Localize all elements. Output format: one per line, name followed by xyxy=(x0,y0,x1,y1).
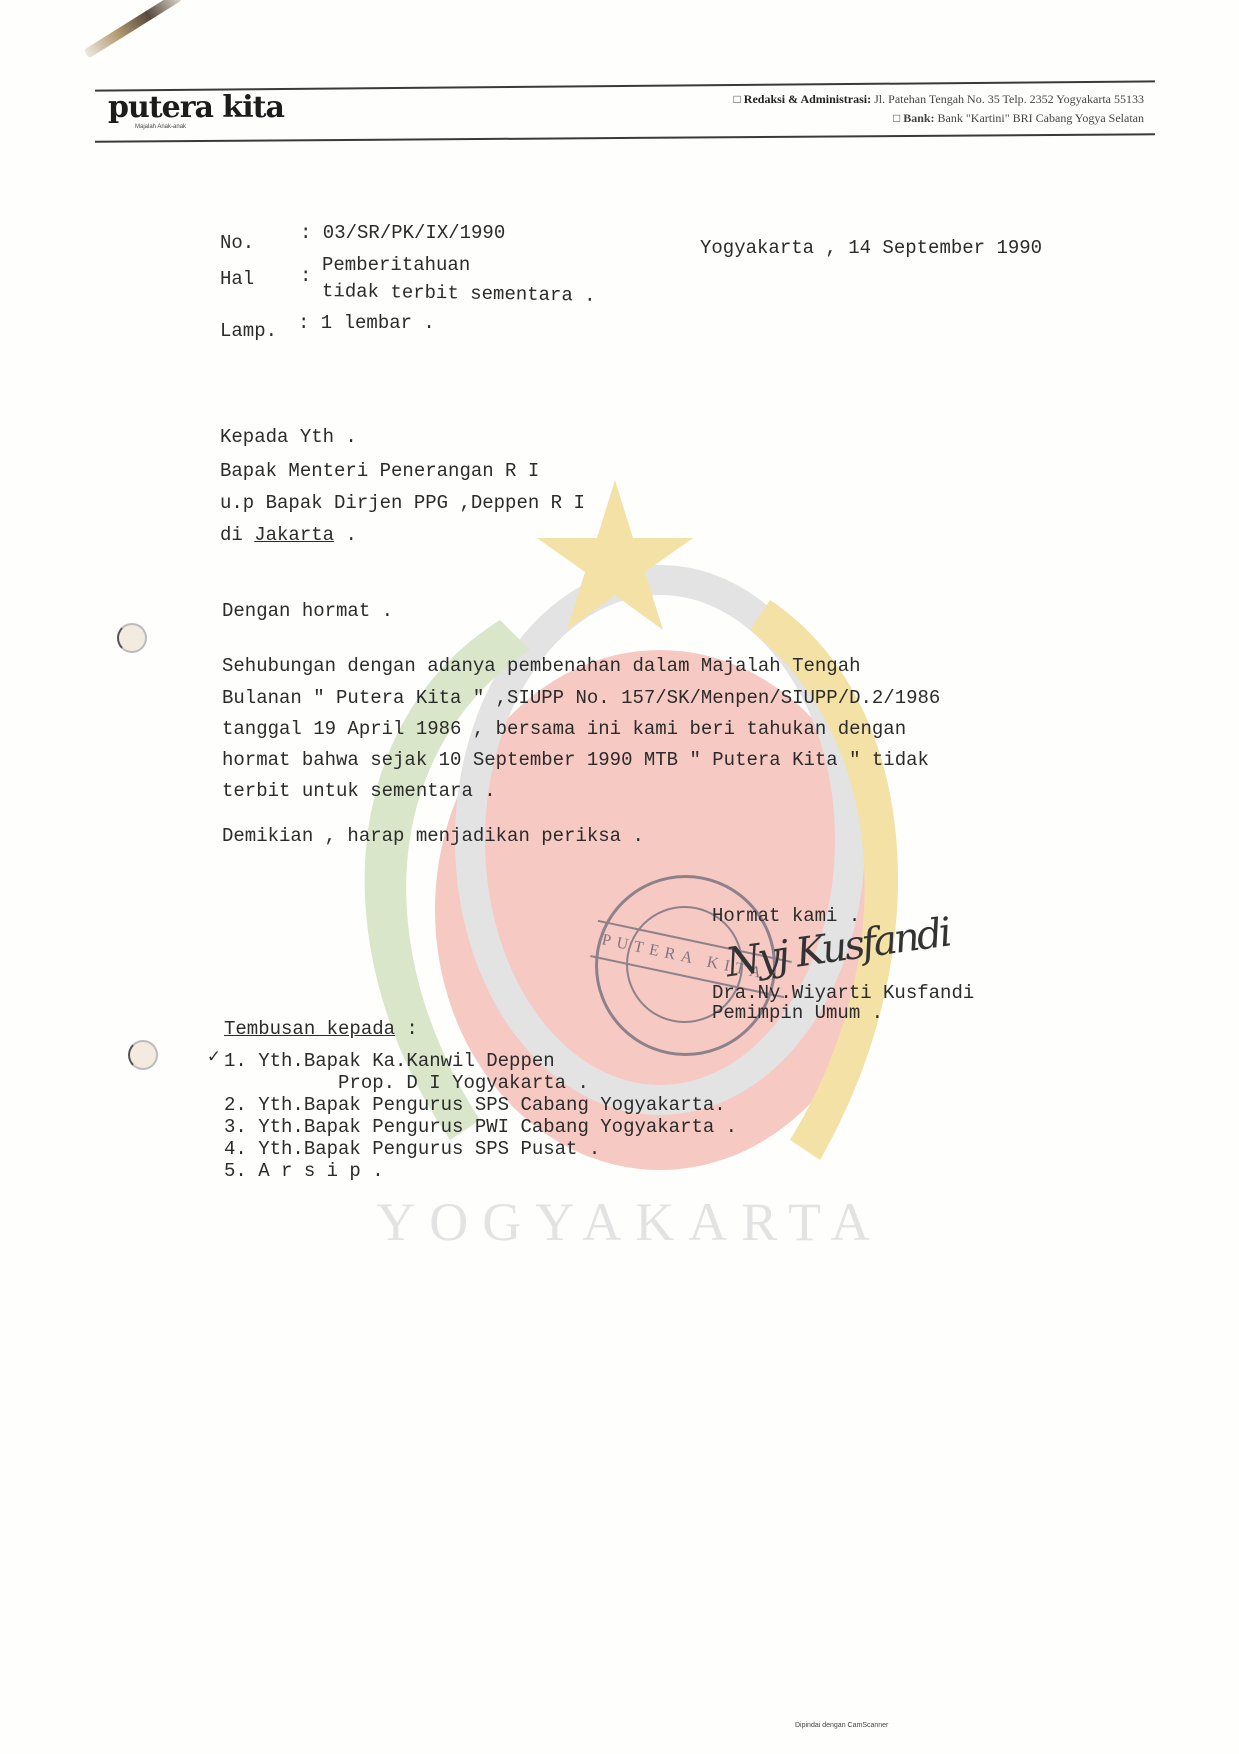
publication-logo: putera kita xyxy=(108,90,284,125)
cc-heading-text: Tembusan kepada xyxy=(224,1018,395,1040)
letterhead-bank: □ Bank: Bank "Kartini" BRI Cabang Yogya … xyxy=(893,111,1144,126)
scanner-watermark: Dipindai dengan CamScanner xyxy=(795,1722,888,1729)
place-date: Yogyakarta , 14 September 1990 xyxy=(700,237,1042,259)
cc-heading: Tembusan kepada : xyxy=(224,1018,418,1040)
number-value: : 03/SR/PK/IX/1990 xyxy=(300,222,505,244)
recipient-line-1: Kepada Yth . xyxy=(220,426,357,448)
punch-hole-icon xyxy=(128,1040,158,1070)
cc-item: 3. Yth.Bapak Pengurus PWI Cabang Yogyaka… xyxy=(224,1116,737,1138)
recipient-line-3: u.p Bapak Dirjen PPG ,Deppen R I xyxy=(220,492,585,514)
recipient-line-2: Bapak Menteri Penerangan R I xyxy=(220,460,539,482)
paragraph-line: hormat bahwa sejak 10 September 1990 MTB… xyxy=(222,749,929,771)
check-mark-icon: ✓ xyxy=(208,1045,219,1068)
signatory-title: Pemimpin Umum . xyxy=(712,1002,883,1024)
letterhead-bottom-rule xyxy=(95,133,1155,142)
cc-item: 4. Yth.Bapak Pengurus SPS Pusat . xyxy=(224,1138,600,1160)
bank-value: Bank "Kartini" BRI Cabang Yogya Selatan xyxy=(938,111,1144,125)
cc-item: 1. Yth.Bapak Ka.Kanwil Deppen xyxy=(224,1050,555,1072)
checkbox-icon: □ xyxy=(893,111,903,125)
salutation: Dengan hormat . xyxy=(222,600,393,622)
letterhead-address: □ Redaksi & Administrasi: Jl. Patehan Te… xyxy=(734,92,1144,107)
recipient-city: Jakarta xyxy=(254,524,334,546)
recipient-suffix: . xyxy=(334,524,357,546)
closing-line: Demikian , harap menjadikan periksa . xyxy=(222,825,644,847)
recipient-line-4: di Jakarta . xyxy=(220,524,357,546)
recipient-prefix: di xyxy=(220,524,254,546)
bank-label: Bank: xyxy=(903,111,934,125)
attachment-value: : 1 lembar . xyxy=(298,312,435,334)
subject-label: Hal xyxy=(220,268,254,290)
svg-text:YOGYAKARTA: YOGYAKARTA xyxy=(376,1192,883,1252)
cc-item: 5. A r s i p . xyxy=(224,1160,384,1182)
cc-heading-colon: : xyxy=(395,1018,418,1040)
address-label: Redaksi & Administrasi: xyxy=(744,92,871,106)
paragraph-line: Sehubungan dengan adanya pembenahan dala… xyxy=(222,655,861,677)
subject-colon: : xyxy=(300,265,311,287)
subject-line-2: tidak terbit sementara . xyxy=(322,280,596,307)
attachment-label: Lamp. xyxy=(220,320,277,342)
cc-item: Prop. D I Yogyakarta . xyxy=(224,1072,589,1094)
paragraph-line: Bulanan " Putera Kita " ,SIUPP No. 157/S… xyxy=(222,687,940,709)
punch-hole-icon xyxy=(117,623,147,653)
tape-mark xyxy=(84,0,183,58)
paragraph-line: tanggal 19 April 1986 , bersama ini kami… xyxy=(222,718,906,740)
logo-subtitle: Majalah Anak-anak xyxy=(135,124,186,130)
subject-line-1: Pemberitahuan xyxy=(322,254,470,276)
letter-page: putera kita Majalah Anak-anak □ Redaksi … xyxy=(0,0,1239,1754)
checkbox-icon: □ xyxy=(734,92,744,106)
cc-item: 2. Yth.Bapak Pengurus SPS Cabang Yogyaka… xyxy=(224,1094,726,1116)
address-value: Jl. Patehan Tengah No. 35 Telp. 2352 Yog… xyxy=(874,92,1144,106)
number-label: No. xyxy=(220,232,254,254)
signatory-name: Dra.Ny.Wiyarti Kusfandi xyxy=(712,982,974,1004)
paragraph-line: terbit untuk sementara . xyxy=(222,780,496,802)
